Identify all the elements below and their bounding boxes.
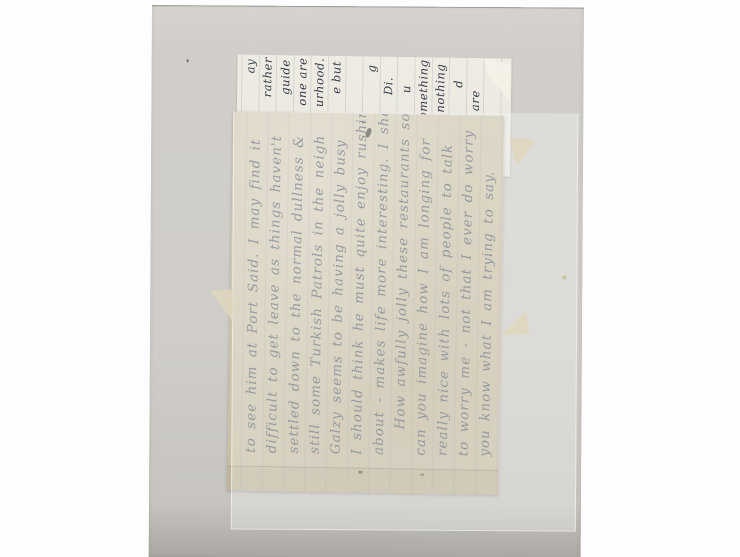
page-speck — [187, 59, 189, 62]
album-page: ay rather guide one are urhood. e but g … — [149, 5, 584, 557]
photo-of-handwritten-letter: ay rather guide one are urhood. e but g … — [0, 0, 740, 557]
folded-corner-tape — [483, 58, 511, 103]
page-stain-dot — [562, 276, 566, 280]
tape-triangle-left — [210, 289, 233, 321]
